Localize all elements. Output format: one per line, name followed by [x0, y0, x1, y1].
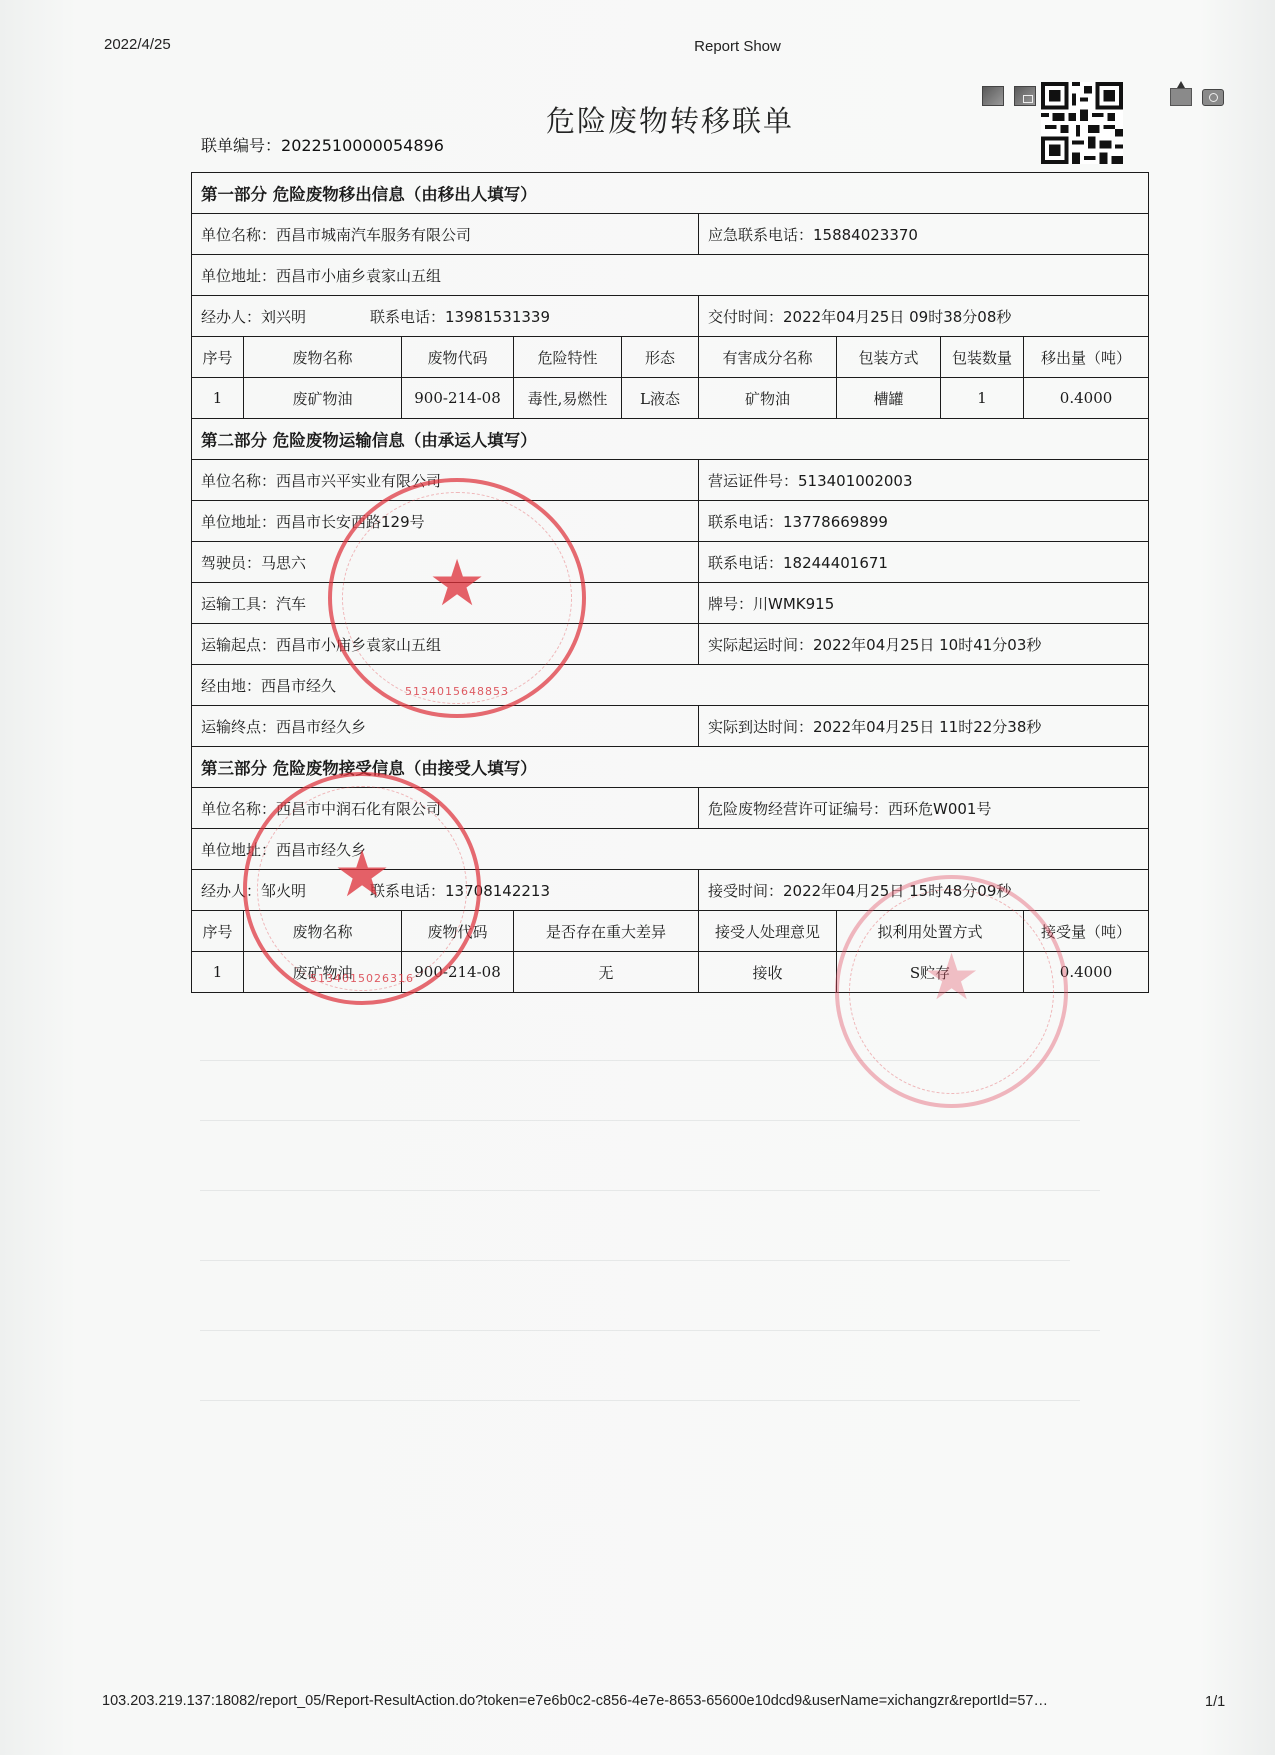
col-header: 废物代码 — [402, 911, 514, 952]
part1-delivery-time: 交付时间：2022年04月25日 09时38分08秒 — [699, 296, 1149, 337]
part2-address-row: 单位地址：西昌市长安西路129号 联系电话：13778669899 — [192, 501, 1149, 542]
part2-via: 经由地：西昌市经久 — [192, 665, 1149, 706]
part1-handler-row: 经办人：刘兴明联系电话：13981531339 交付时间：2022年04月25日… — [192, 296, 1149, 337]
bleed-through-line — [200, 1400, 1080, 1401]
table-row: 1 废矿物油 900-214-08 毒性,易燃性 L液态 矿物油 槽罐 1 0.… — [192, 378, 1149, 419]
cell-waste-code: 900-214-08 — [402, 378, 514, 419]
part2-license-no: 营运证件号：513401002003 — [699, 460, 1149, 501]
col-header: 接受人处理意见 — [699, 911, 837, 952]
report-toolbar — [982, 86, 1036, 106]
part3-table-header: 序号 废物名称 废物代码 是否存在重大差异 接受人处理意见 拟利用处置方式 接受… — [192, 911, 1149, 952]
part1-emergency-phone: 应急联系电话：15884023370 — [699, 214, 1149, 255]
part2-vehicle-row: 运输工具：汽车 牌号：川WMK915 — [192, 583, 1149, 624]
part2-contact-phone: 联系电话：13778669899 — [699, 501, 1149, 542]
export-icon[interactable] — [982, 86, 1004, 106]
part1-unit-row: 单位名称：西昌市城南汽车服务有限公司 应急联系电话：15884023370 — [192, 214, 1149, 255]
part2-plate: 牌号：川WMK915 — [699, 583, 1149, 624]
part2-unit-address: 单位地址：西昌市长安西路129号 — [192, 501, 699, 542]
part1-address-row: 单位地址：西昌市小庙乡袁家山五组 — [192, 255, 1149, 296]
col-header: 接受量（吨） — [1024, 911, 1149, 952]
part2-vehicle: 运输工具：汽车 — [192, 583, 699, 624]
col-header: 废物名称 — [244, 337, 402, 378]
part2-destination-row: 运输终点：西昌市经久乡 实际到达时间：2022年04月25日 11时22分38秒 — [192, 706, 1149, 747]
bleed-through-line — [200, 1190, 1100, 1191]
part2-via-row: 经由地：西昌市经久 — [192, 665, 1149, 706]
camera-icon[interactable] — [1202, 89, 1224, 106]
part2-depart-time: 实际起运时间：2022年04月25日 10时41分03秒 — [699, 624, 1149, 665]
part2-origin-row: 运输起点：西昌市小庙乡袁家山五组 实际起运时间：2022年04月25日 10时4… — [192, 624, 1149, 665]
part2-origin: 运输起点：西昌市小庙乡袁家山五组 — [192, 624, 699, 665]
part1-table-header: 序号 废物名称 废物代码 危险特性 形态 有害成分名称 包装方式 包装数量 移出… — [192, 337, 1149, 378]
part3-address-row: 单位地址：西昌市经久乡 — [192, 829, 1149, 870]
part1-title: 第一部分 危险废物移出信息（由移出人填写） — [192, 173, 1149, 214]
cell-hazard: 毒性,易燃性 — [514, 378, 622, 419]
cell-disposal-method: S贮存 — [837, 952, 1024, 993]
col-header: 危险特性 — [514, 337, 622, 378]
part3-title-row: 第三部分 危险废物接受信息（由接受人填写） — [192, 747, 1149, 788]
part2-title-row: 第二部分 危险废物运输信息（由承运人填写） — [192, 419, 1149, 460]
part2-driver-row: 驾驶员：马思六 联系电话：18244401671 — [192, 542, 1149, 583]
report-header-title: Report Show — [0, 38, 1275, 55]
col-header: 包装方式 — [837, 337, 941, 378]
part3-title: 第三部分 危险废物接受信息（由接受人填写） — [192, 747, 1149, 788]
part2-title: 第二部分 危险废物运输信息（由承运人填写） — [192, 419, 1149, 460]
bleed-through-line — [200, 1330, 1100, 1331]
bleed-through-line — [200, 1120, 1080, 1121]
part2-driver: 驾驶员：马思六 — [192, 542, 699, 583]
part1-unit-address: 单位地址：西昌市小庙乡袁家山五组 — [192, 255, 1149, 296]
part3-receive-time: 接受时间：2022年04月25日 15时48分09秒 — [699, 870, 1149, 911]
cell-receiver-opinion: 接收 — [699, 952, 837, 993]
part3-handler-row: 经办人：邹火明联系电话：13708142213 接受时间：2022年04月25日… — [192, 870, 1149, 911]
upload-icon[interactable] — [1170, 88, 1192, 106]
order-number: 联单编号：2022510000054896 — [201, 133, 444, 156]
order-number-label: 联单编号： — [201, 136, 281, 155]
cell-seq: 1 — [192, 952, 244, 993]
col-header: 废物名称 — [244, 911, 402, 952]
part3-handler-cell: 经办人：邹火明联系电话：13708142213 — [192, 870, 699, 911]
col-header: 移出量（吨） — [1024, 337, 1149, 378]
col-header: 是否存在重大差异 — [514, 911, 699, 952]
part3-contact-phone: 联系电话：13708142213 — [370, 882, 550, 900]
cell-received-amount: 0.4000 — [1024, 952, 1149, 993]
col-header: 拟利用处置方式 — [837, 911, 1024, 952]
col-header: 序号 — [192, 911, 244, 952]
col-header: 废物代码 — [402, 337, 514, 378]
document-icon[interactable] — [1014, 86, 1036, 106]
report-toolbar-right — [1170, 88, 1224, 106]
bleed-through-line — [200, 1260, 1070, 1261]
col-header: 有害成分名称 — [699, 337, 837, 378]
table-row: 1 废矿物油 900-214-08 无 接收 S贮存 0.4000 — [192, 952, 1149, 993]
page-number: 1/1 — [1205, 1694, 1225, 1710]
part3-unit-name: 单位名称：西昌市中润石化有限公司 — [192, 788, 699, 829]
part2-unit-name: 单位名称：西昌市兴平实业有限公司 — [192, 460, 699, 501]
order-number-value: 2022510000054896 — [281, 136, 444, 155]
part2-unit-row: 单位名称：西昌市兴平实业有限公司 营运证件号：513401002003 — [192, 460, 1149, 501]
cell-component: 矿物油 — [699, 378, 837, 419]
cell-waste-name: 废矿物油 — [244, 952, 402, 993]
cell-form: L液态 — [622, 378, 699, 419]
part3-handler: 经办人：邹火明 — [201, 882, 306, 900]
bleed-through-line — [200, 1060, 1100, 1061]
part3-unit-row: 单位名称：西昌市中润石化有限公司 危险废物经营许可证编号：西环危W001号 — [192, 788, 1149, 829]
transfer-form-table: 第一部分 危险废物移出信息（由移出人填写） 单位名称：西昌市城南汽车服务有限公司… — [191, 172, 1149, 993]
part1-handler-cell: 经办人：刘兴明联系电话：13981531339 — [192, 296, 699, 337]
part3-unit-address: 单位地址：西昌市经久乡 — [192, 829, 1149, 870]
part1-title-row: 第一部分 危险废物移出信息（由移出人填写） — [192, 173, 1149, 214]
part3-permit-no: 危险废物经营许可证编号：西环危W001号 — [699, 788, 1149, 829]
part1-unit-name: 单位名称：西昌市城南汽车服务有限公司 — [192, 214, 699, 255]
page-url: 103.203.219.137:18082/report_05/Report-R… — [102, 1693, 1048, 1709]
part1-contact-phone: 联系电话：13981531339 — [370, 308, 550, 326]
cell-amount: 0.4000 — [1024, 378, 1149, 419]
cell-seq: 1 — [192, 378, 244, 419]
part2-destination: 运输终点：西昌市经久乡 — [192, 706, 699, 747]
qr-code — [1040, 82, 1124, 164]
cell-packaging: 槽罐 — [837, 378, 941, 419]
col-header: 序号 — [192, 337, 244, 378]
cell-waste-name: 废矿物油 — [244, 378, 402, 419]
part2-driver-phone: 联系电话：18244401671 — [699, 542, 1149, 583]
cell-waste-code: 900-214-08 — [402, 952, 514, 993]
col-header: 形态 — [622, 337, 699, 378]
col-header: 包装数量 — [941, 337, 1024, 378]
part2-arrive-time: 实际到达时间：2022年04月25日 11时22分38秒 — [699, 706, 1149, 747]
cell-major-difference: 无 — [514, 952, 699, 993]
part1-handler: 经办人：刘兴明 — [201, 308, 306, 326]
cell-package-count: 1 — [941, 378, 1024, 419]
